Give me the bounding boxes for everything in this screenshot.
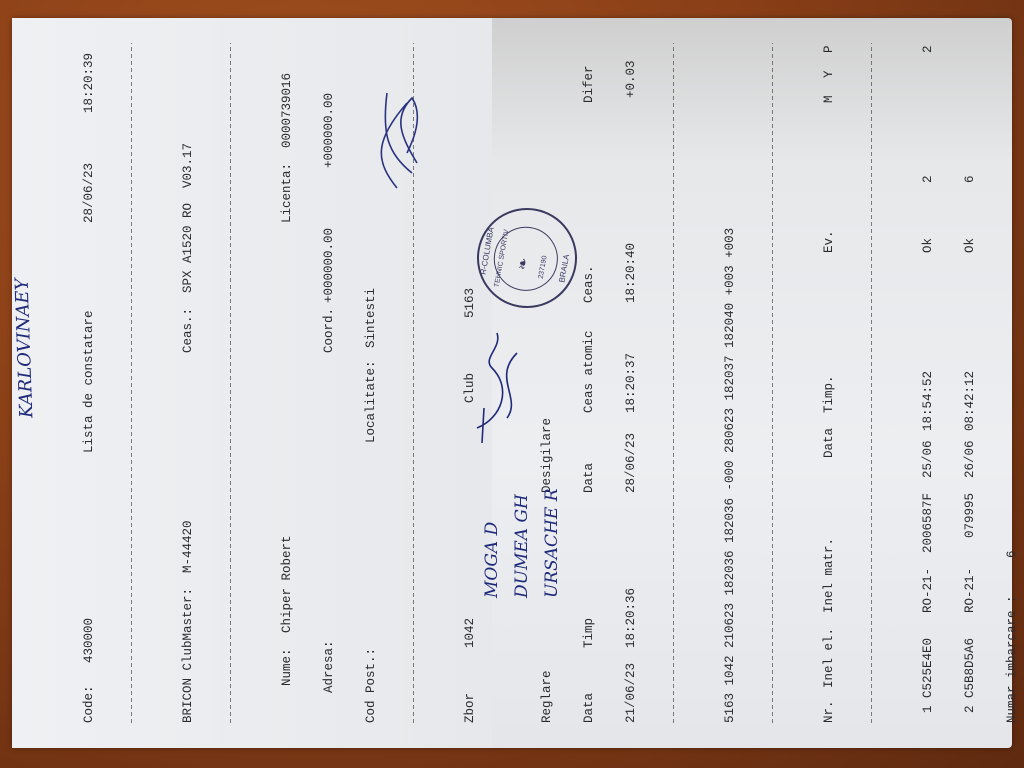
col-inel-el: Inel el. bbox=[822, 628, 836, 688]
reglare-label: Reglare bbox=[540, 670, 554, 723]
cell-data: 26/06 bbox=[963, 440, 977, 478]
cell-inel-el: C525E4E0 bbox=[921, 638, 935, 698]
cell-timp: 08:42:12 bbox=[963, 371, 977, 431]
divider bbox=[131, 43, 132, 723]
col-m: M bbox=[822, 95, 836, 103]
numar-imbarcare-label: Numar imbarcare : bbox=[1005, 595, 1019, 723]
stamp-number: 237190 bbox=[538, 255, 549, 279]
col-inel-matr: Inel matr. bbox=[822, 538, 836, 613]
desigilare-label: Desigilare bbox=[540, 418, 554, 493]
cell-p: 2 bbox=[921, 45, 935, 53]
localitate-label: Localitate: bbox=[364, 360, 378, 443]
handwritten-name-1: MOGA D bbox=[482, 522, 502, 598]
col-ev: Ev. bbox=[822, 230, 836, 253]
localitate-value: Sintesti bbox=[364, 288, 378, 348]
divider bbox=[772, 43, 773, 723]
table-row: 1 C525E4E0 RO-21- 2006587F 25/06 18:54:5… bbox=[921, 43, 935, 723]
document-title: Lista de constatare bbox=[82, 310, 96, 453]
stamp-inner-text: TEHNIC SPORTIV bbox=[494, 229, 511, 288]
col-p: P bbox=[822, 45, 836, 53]
club-value: 5163 bbox=[463, 288, 477, 318]
club-master-label: BRICON ClubMaster: bbox=[181, 588, 195, 723]
clock-value: SPX A1520 RO V03.17 bbox=[181, 143, 195, 293]
handwritten-name-3: URSACHE R bbox=[542, 489, 562, 599]
table-header: Nr. Inel el. Inel matr. Data Timp. Ev. M… bbox=[822, 43, 836, 723]
zbor-value: 1042 bbox=[463, 618, 477, 648]
club-master-row: BRICON ClubMaster: M-44420 Ceas.: SPX A1… bbox=[181, 43, 195, 723]
reglare-timp: 18:20:36 bbox=[624, 588, 638, 648]
reglare-col-data: Data bbox=[582, 693, 596, 723]
cell-inel-matr: RO-21- 079995 bbox=[963, 493, 977, 613]
adresa-label: Adresa: bbox=[322, 640, 336, 693]
stamp-side-text: BRAILA bbox=[557, 254, 571, 284]
nume-value: Chiper Robert bbox=[280, 535, 294, 633]
desigilare-data: 28/06/23 bbox=[624, 433, 638, 493]
handwritten-name-2: DUMEA GH bbox=[512, 494, 532, 598]
clock-label: Ceas.: bbox=[181, 308, 195, 353]
coord-y: +000000.00 bbox=[322, 93, 336, 168]
club-master-value: M-44420 bbox=[181, 520, 195, 573]
divider bbox=[230, 43, 231, 723]
desigilare-difer: +0.03 bbox=[624, 60, 638, 98]
receipt-body: Code: 430000 Lista de constatare 28/06/2… bbox=[40, 43, 1024, 723]
desigilare-col-difer: Difer bbox=[582, 65, 596, 103]
cell-timp: 18:54:52 bbox=[921, 371, 935, 431]
coord-label: Coord. bbox=[322, 308, 336, 353]
col-timp: Timp. bbox=[822, 375, 836, 413]
coord-x: +000000.00 bbox=[322, 228, 336, 303]
numar-imbarcare-value: 6 bbox=[1005, 550, 1019, 558]
cell-ev: Ok bbox=[963, 238, 977, 253]
desigilare-col-ceas-atomic: Ceas atomic bbox=[582, 330, 596, 413]
cell-m: 2 bbox=[921, 175, 935, 183]
header-row: Code: 430000 Lista de constatare 28/06/2… bbox=[82, 43, 96, 723]
reglare-data: 21/06/23 bbox=[624, 663, 638, 723]
nume-label: Nume: bbox=[280, 648, 294, 686]
desigilare-col-data: Data bbox=[582, 463, 596, 493]
flight-values-row: 21/06/23 18:20:36 28/06/23 18:20:37 18:2… bbox=[624, 43, 638, 723]
cod-post-label: Cod Post.: bbox=[364, 648, 378, 723]
cell-nr: 2 bbox=[963, 705, 977, 713]
desigilare-ceas: 18:20:40 bbox=[624, 243, 638, 303]
licenta-label: Licenta: bbox=[280, 163, 294, 223]
divider bbox=[871, 43, 872, 723]
checksum-row: 5163 1042 210623 182036 182036 -000 2806… bbox=[723, 43, 737, 723]
desigilare-ceas-atomic: 18:20:37 bbox=[624, 353, 638, 413]
club-signature bbox=[472, 328, 532, 448]
document-sheet: KARLOVINAEY Code: 430000 Lista de consta… bbox=[12, 18, 1012, 748]
cell-inel-matr: RO-21- 2006587F bbox=[921, 493, 935, 613]
checksum-line: 5163 1042 210623 182036 182036 -000 2806… bbox=[723, 228, 737, 723]
cell-m: 6 bbox=[963, 175, 977, 183]
code-value: 430000 bbox=[82, 618, 96, 663]
print-time: 18:20:39 bbox=[82, 53, 96, 113]
reglare-col-timp: Timp bbox=[582, 618, 596, 648]
col-nr: Nr. bbox=[822, 700, 836, 723]
col-data: Data bbox=[822, 428, 836, 458]
licenta-value: 0000739016 bbox=[280, 73, 294, 148]
desigilare-col-ceas: Ceas. bbox=[582, 265, 596, 303]
reglare-header-row: Reglare Desigilare bbox=[540, 43, 554, 723]
owner-row-1: Nume: Chiper Robert Licenta: 0000739016 bbox=[280, 43, 294, 723]
cell-data: 25/06 bbox=[921, 440, 935, 478]
cell-ev: Ok bbox=[921, 238, 935, 253]
print-date: 28/06/23 bbox=[82, 163, 96, 223]
col-y: Y bbox=[822, 70, 836, 78]
numar-imbarcare-row: Numar imbarcare : 6 bbox=[1005, 43, 1019, 723]
code-label: Code: bbox=[82, 685, 96, 723]
table-row: 2 C5B8D5A6 RO-21- 079995 26/06 08:42:12 … bbox=[963, 43, 977, 723]
stamp-inner-ring: TEHNIC SPORTIV ❧ 237190 bbox=[489, 222, 563, 296]
crescator-signature bbox=[367, 83, 427, 193]
owner-row-2: Adresa: Coord. +000000.00 +000000.00 bbox=[322, 43, 336, 723]
dove-icon: ❧ bbox=[511, 257, 535, 271]
flight-columns-row: Data Timp Data Ceas atomic Ceas. Difer bbox=[582, 43, 596, 723]
divider bbox=[673, 43, 674, 723]
cell-nr: 1 bbox=[921, 705, 935, 713]
zbor-label: Zbor bbox=[463, 693, 477, 723]
cell-inel-el: C5B8D5A6 bbox=[963, 638, 977, 698]
